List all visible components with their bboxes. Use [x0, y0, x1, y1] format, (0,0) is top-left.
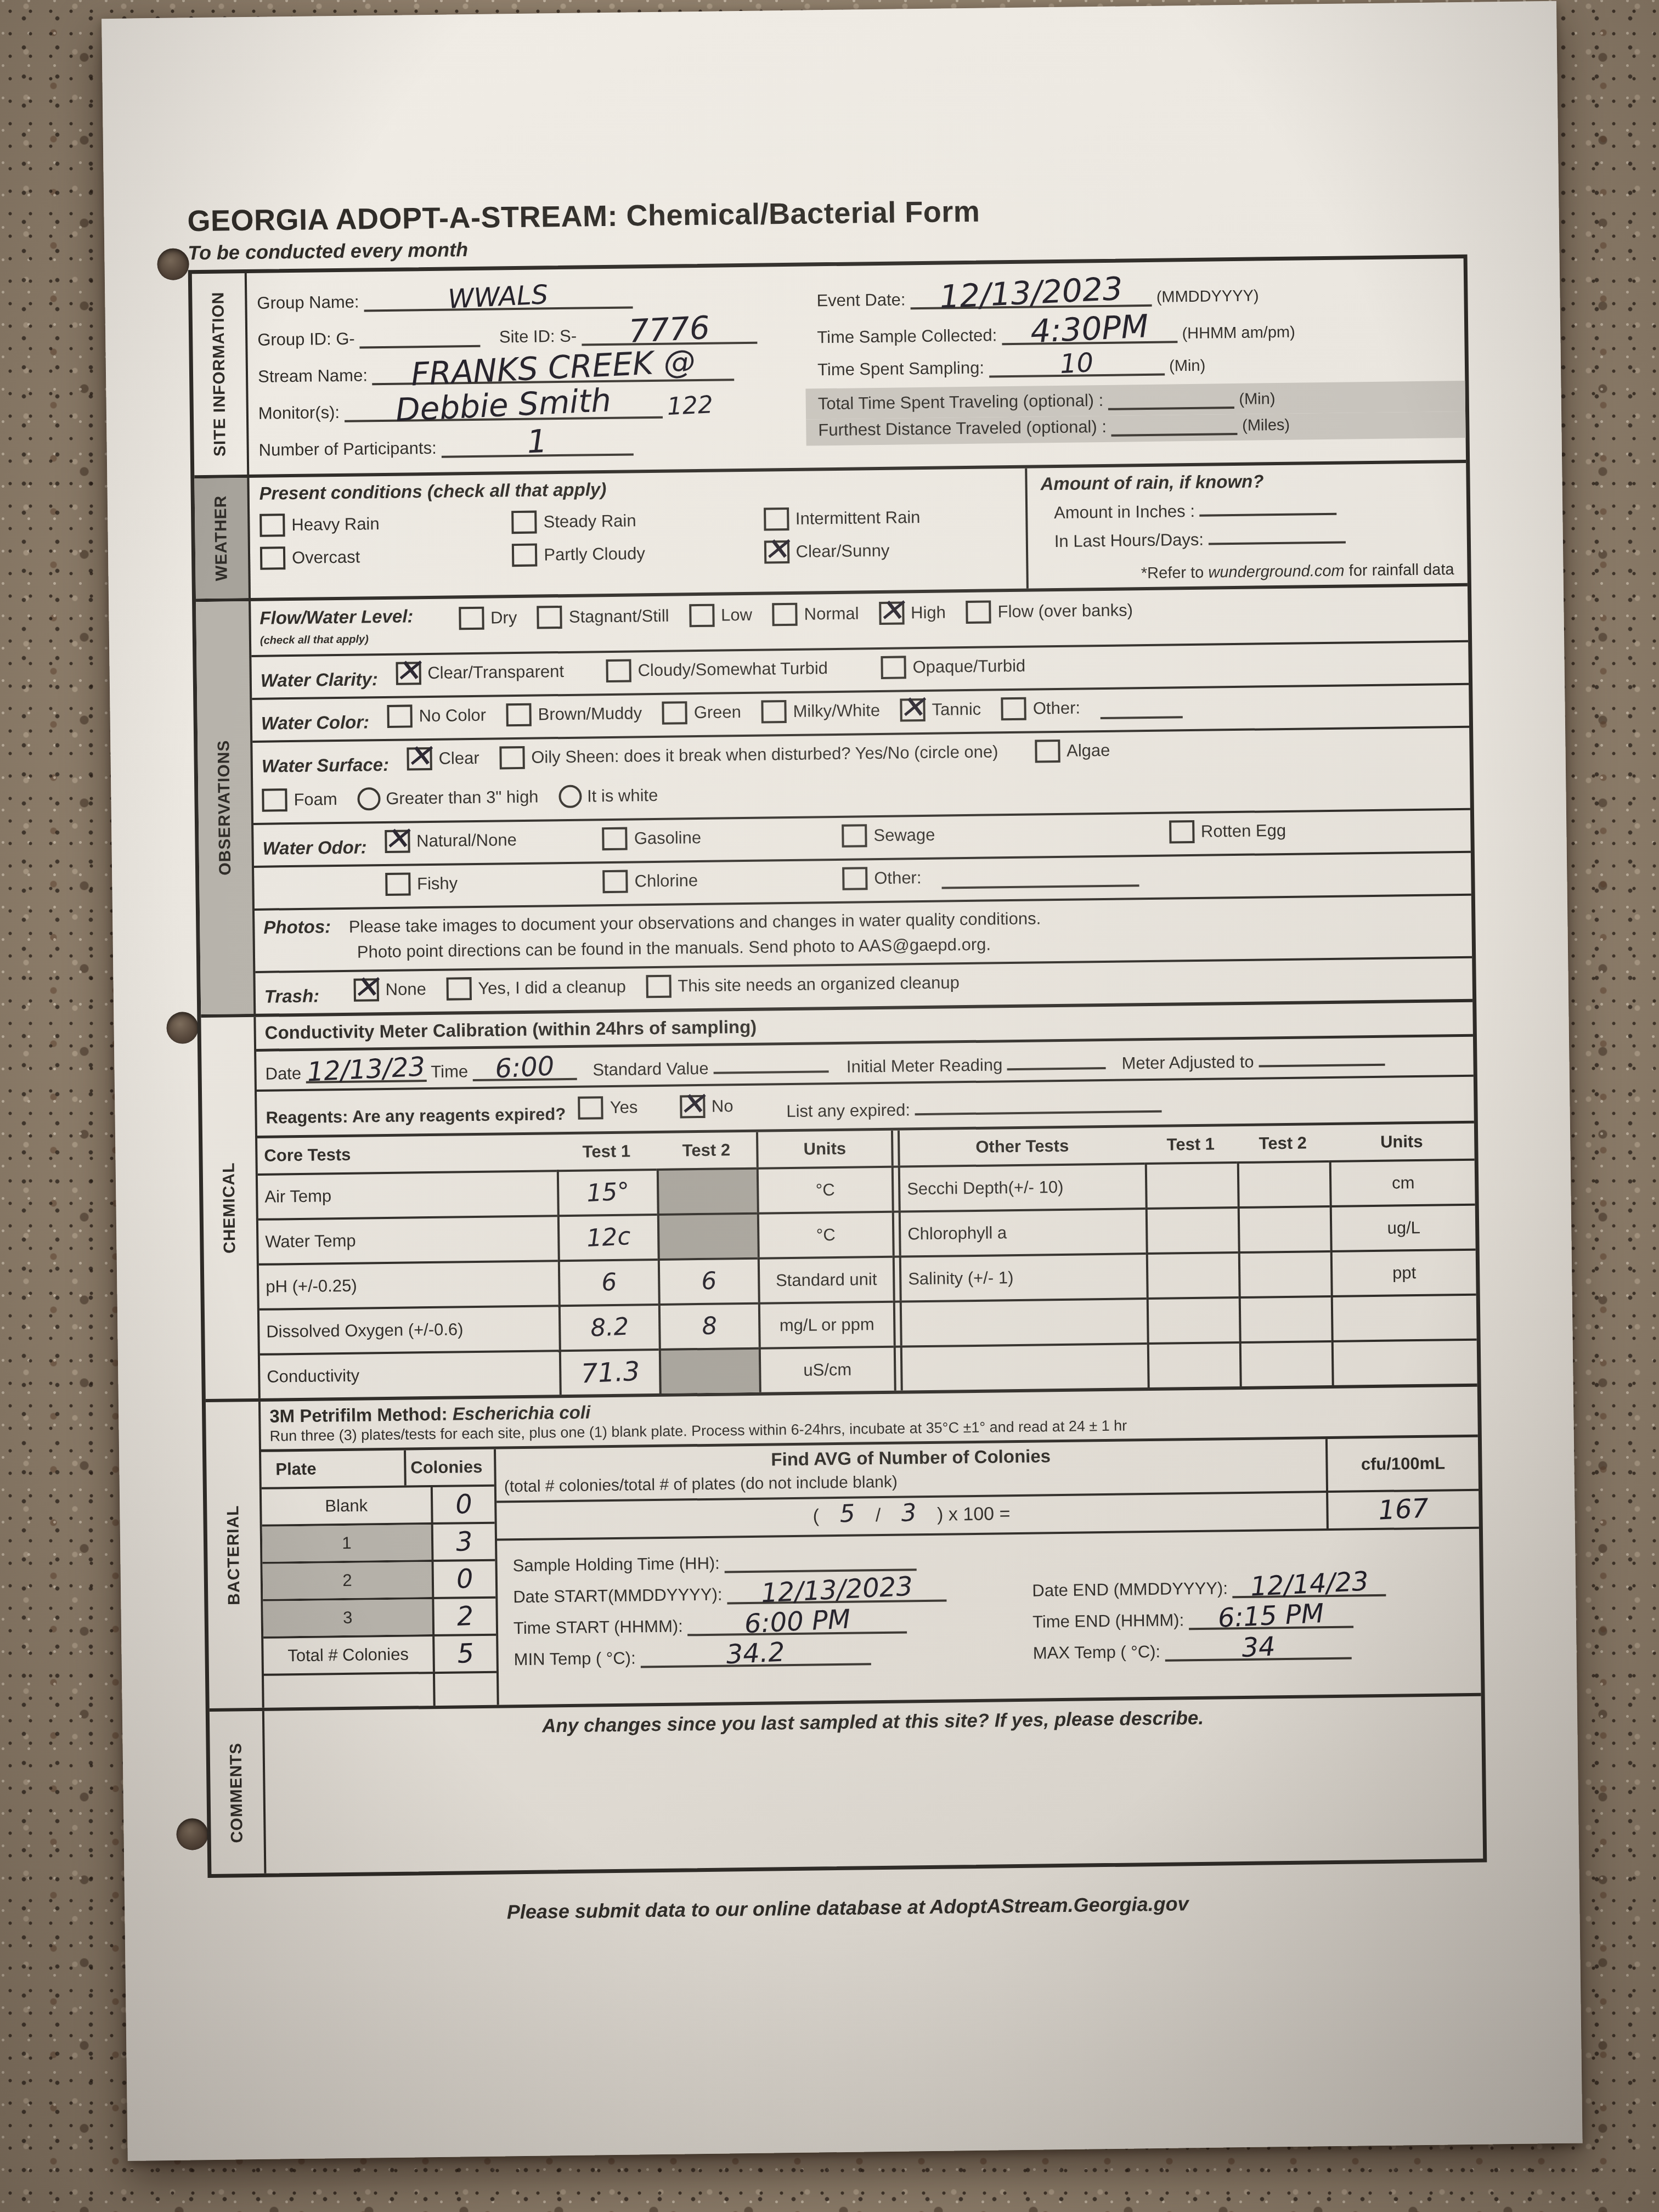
core-test2-header: Test 2: [656, 1132, 757, 1169]
distance-label: Furthest Distance Traveled (optional) :: [818, 417, 1107, 439]
row-other-blank-1: [902, 1297, 1147, 1345]
date-start-label: Date START(MMDDYYYY):: [513, 1585, 723, 1607]
section-site-information: SITE INFORMATION Group Name: WWALS Group…: [192, 258, 1466, 475]
max-temp-value: 34: [1241, 1636, 1276, 1658]
time-sampling-label: Time Spent Sampling:: [817, 358, 984, 380]
checkbox-box: [764, 507, 789, 531]
water-color-row: Water Color: No Color Brown/Muddy Green …: [252, 683, 1469, 741]
row-ph: pH (+/-0.25): [259, 1260, 558, 1308]
section-observations: OBSERVATIONS Flow/Water Level: (check al…: [196, 583, 1472, 1014]
checkbox-dry: Dry: [459, 606, 517, 630]
water-temp-units: °C: [757, 1211, 893, 1257]
checkbox-trash-organized-cleanup: This site needs an organized cleanup: [646, 971, 960, 998]
checkbox-fishy: Fishy: [385, 871, 583, 896]
blank-colonies-value: 0: [431, 1487, 495, 1522]
secchi-test2: [1237, 1160, 1330, 1206]
stream-name-value: FRANKS CREEK @: [410, 348, 696, 387]
checkbox-box: [602, 870, 628, 894]
group-id-field: [359, 330, 480, 349]
checkbox-box: [353, 978, 379, 1002]
event-date-row: Event Date: 12/13/2023 (MMDDYYYY): [816, 275, 1453, 311]
flow-water-level-row: Flow/Water Level: (check all that apply)…: [251, 586, 1468, 655]
conductivity-units: uS/cm: [759, 1346, 894, 1392]
stream-name-label: Stream Name:: [258, 365, 368, 386]
avg-title: Find AVG of Number of Colonies: [504, 1442, 1318, 1473]
radio-foam-high: Greater than 3" high: [357, 786, 539, 811]
date-end-label: Date END (MMDDYYYY):: [1032, 1578, 1228, 1600]
monitors-extra-value: 122: [667, 395, 714, 416]
checkbox-green: Green: [662, 701, 742, 725]
rain-title: Amount of rain, if known?: [1040, 469, 1453, 494]
checkbox-sewage: Sewage: [842, 821, 1149, 848]
row-dissolved-oxygen: Dissolved Oxygen (+/-0.6): [259, 1305, 559, 1353]
event-date-label: Event Date:: [816, 290, 905, 310]
travel-time-field: [1108, 391, 1234, 410]
checkbox-box: [396, 662, 421, 685]
section-bacterial: BACTERIAL 3M Petrifilm Method: Escherich…: [206, 1384, 1481, 1708]
sidebar-label: SITE INFORMATION: [209, 292, 230, 457]
list-expired-label: List any expired:: [786, 1100, 910, 1121]
site-id-value: 7776: [628, 315, 710, 344]
time-sampling-field: 10: [989, 352, 1165, 378]
plate-row-blank: Blank 0: [262, 1487, 495, 1527]
plate-header: Plate: [261, 1451, 404, 1487]
hole-punch-middle: [166, 1012, 199, 1044]
radio-circle: [558, 785, 582, 809]
conductivity-test2: [659, 1347, 759, 1393]
participants-field: 1: [441, 427, 634, 458]
form-table: SITE INFORMATION Group Name: WWALS Group…: [188, 255, 1487, 1878]
last-hours-label: In Last Hours/Days:: [1054, 530, 1204, 551]
checkbox-box: [772, 603, 798, 627]
avg-numerator: 5: [839, 1504, 856, 1523]
checkbox-high: High: [879, 601, 946, 625]
reagents-label: Reagents: Are any reagents expired?: [266, 1104, 566, 1127]
checkbox-box: [1001, 697, 1027, 721]
checkbox-box: [537, 606, 563, 629]
checkbox-opaque-turbid: Opaque/Turbid: [881, 654, 1025, 679]
cal-date-field: 12/13/23: [306, 1058, 426, 1084]
checkbox-algae: Algae: [1035, 739, 1110, 763]
checkbox-heavy-rain: Heavy Rain: [259, 511, 512, 537]
checkbox-gasoline: Gasoline: [602, 825, 822, 850]
trash-row: Trash: None Yes, I did a cleanup This si…: [255, 956, 1472, 1014]
row-water-temp: Water Temp: [258, 1215, 558, 1263]
last-hours-field: [1209, 541, 1346, 545]
section-weather: WEATHER Present conditions (check all th…: [194, 460, 1468, 599]
salinity-units: ppt: [1330, 1249, 1476, 1295]
sidebar-label: COMMENTS: [227, 1742, 247, 1843]
avg-subtitle: (total # colonies/total # of plates (do …: [504, 1468, 1318, 1496]
cfu-result-cell: 167: [1328, 1489, 1479, 1528]
row-secchi-depth: Secchi Depth(+/- 10): [900, 1163, 1145, 1210]
paper-form-sheet: GEORGIA ADOPT-A-STREAM: Chemical/Bacteri…: [101, 1, 1583, 2161]
date-end-field: 12/14/23: [1232, 1573, 1386, 1598]
secchi-units: cm: [1329, 1159, 1475, 1205]
form-title: GEORGIA ADOPT-A-STREAM: Chemical/Bacteri…: [187, 189, 1467, 238]
max-temp-row: MAX Temp ( °C): 34: [1032, 1634, 1472, 1663]
checkbox-oily-sheen: Oily Sheen: does it break when disturbed…: [499, 740, 998, 769]
max-temp-field: 34: [1165, 1636, 1351, 1662]
time-collected-row: Time Sample Collected: 4:30PM (HHMM am/p…: [817, 312, 1453, 347]
checkbox-trash-cleanup: Yes, I did a cleanup: [446, 975, 626, 1001]
stream-name-field: FRANKS CREEK @: [372, 353, 735, 385]
chlorophyll-units: ug/L: [1330, 1204, 1476, 1250]
do-test1: 8.2: [558, 1304, 659, 1350]
section-chemical: CHEMICAL Conductivity Meter Calibration …: [201, 999, 1477, 1399]
standard-value-label: Standard Value: [592, 1059, 709, 1080]
rain-amount-panel: Amount of rain, if known? Amount in Inch…: [1025, 463, 1468, 589]
air-temp-test1: 15°: [557, 1169, 657, 1215]
ph-test1: 6: [558, 1259, 658, 1305]
checkbox-box: [506, 703, 532, 727]
plate1-colonies-value: 3: [431, 1524, 495, 1560]
checkbox-box: [761, 700, 787, 724]
checkbox-box: [262, 788, 287, 812]
checkbox-box: [385, 830, 410, 853]
water-clarity-label: Water Clarity:: [261, 669, 378, 691]
standard-value-field: [713, 1070, 828, 1074]
form-subtitle: To be conducted every month: [188, 226, 1467, 264]
species-name: Escherichia coli: [453, 1402, 591, 1424]
checkbox-box: [881, 656, 906, 679]
distance-field: [1111, 417, 1237, 437]
plate-row-2: 2 0: [263, 1561, 496, 1601]
holding-time-label: Sample Holding Time (HH):: [512, 1554, 720, 1576]
other-tests-header: Other Tests: [900, 1127, 1145, 1165]
colonies-header: Colonies: [404, 1449, 494, 1486]
distance-hint: (Miles): [1242, 416, 1290, 435]
travel-time-row: Total Time Spent Traveling (optional) : …: [806, 381, 1466, 420]
sidebar-chemical: CHEMICAL: [201, 1017, 260, 1399]
time-sampling-row: Time Spent Sampling: 10 (Min): [817, 348, 1454, 380]
weather-checkbox-row-1: Heavy Rain Steady Rain Intermittent Rain: [259, 505, 1015, 537]
plate-table-header: Plate Colonies: [261, 1449, 494, 1489]
checkbox-surface-clear: Clear: [407, 747, 479, 771]
checkbox-color-other: Other:: [1001, 697, 1081, 721]
checkbox-box: [260, 546, 286, 570]
photos-row: Photos: Please take images to document y…: [255, 894, 1472, 971]
group-name-value: WWALS: [448, 284, 549, 310]
photos-label: Photos:: [263, 916, 331, 937]
plate-table: Plate Colonies Blank 0 1 3: [261, 1449, 499, 1708]
checkbox-steady-rain: Steady Rain: [511, 508, 764, 534]
date-end-value: 12/14/23: [1250, 1571, 1369, 1598]
monitors-row: Monitor(s): Debbie Smith 122: [258, 389, 806, 424]
checkbox-odor-other: Other:: [842, 866, 922, 890]
present-conditions-title: Present conditions (check all that apply…: [259, 474, 1015, 504]
air-temp-test2: [657, 1167, 757, 1214]
site-id-label: Site ID: S-: [499, 326, 577, 347]
submit-footer: Please submit data to our online databas…: [208, 1889, 1487, 1927]
participants-value: 1: [527, 428, 548, 455]
meter-adjusted-field: [1259, 1064, 1385, 1068]
water-surface-label: Water Surface:: [262, 754, 390, 776]
comments-area: Any changes since you last sampled at th…: [264, 1696, 1483, 1874]
min-temp-label: MIN Temp ( °C):: [513, 1649, 635, 1669]
amount-inches-label: Amount in Inches :: [1054, 501, 1195, 522]
min-temp-value: 34.2: [726, 1641, 786, 1665]
salinity-test1: [1146, 1251, 1239, 1297]
time-end-field: 6:15 PM: [1188, 1605, 1353, 1630]
water-clarity-row: Water Clarity: Clear/Transparent Cloudy/…: [251, 640, 1469, 698]
avg-formula: ( 5 / 3 ) x 100 =: [496, 1491, 1329, 1539]
row-other-blank-2: [902, 1342, 1148, 1390]
checkbox-box: [407, 747, 432, 771]
initial-reading-label: Initial Meter Reading: [847, 1055, 1003, 1076]
radio-circle: [357, 787, 381, 811]
color-other-field: [1101, 716, 1183, 719]
salinity-test2: [1238, 1250, 1331, 1296]
checkbox-tannic: Tannic: [900, 698, 981, 722]
group-name-row: Group Name: WWALS: [257, 283, 805, 313]
min-temp-row: MIN Temp ( °C): 34.2: [513, 1640, 1033, 1670]
core-tests-header: Core Tests: [257, 1135, 557, 1173]
sidebar-weather: WEATHER: [194, 478, 251, 599]
flow-note: (check all that apply): [260, 633, 369, 646]
ph-units: Standard unit: [758, 1256, 893, 1302]
checkbox-box: [606, 659, 631, 682]
cfu-result-value: 167: [1378, 1498, 1429, 1522]
participants-label: Number of Participants:: [259, 438, 437, 460]
checkbox-box: [1035, 740, 1060, 763]
ids-row: Group ID: G- Site ID: S- 7776: [257, 315, 805, 350]
monitors-label: Monitor(s):: [258, 403, 340, 423]
site-info-right-column: Event Date: 12/13/2023 (MMDDYYYY) Time S…: [804, 258, 1466, 468]
plate-row-1: 1 3: [262, 1524, 495, 1564]
time-start-value: 6:00 PM: [744, 1609, 851, 1634]
row-salinity: Salinity (+/- 1): [901, 1252, 1147, 1300]
site-id-field: 7776: [581, 316, 757, 346]
holding-time-field: [724, 1553, 916, 1573]
wunderground-link-text: wunderground.com: [1208, 562, 1345, 582]
avg-denominator: 3: [901, 1503, 917, 1523]
radio-foam-white: It is white: [558, 784, 658, 808]
monitors-value: Debbie Smith: [395, 387, 612, 423]
list-expired-field: [915, 1110, 1162, 1115]
water-temp-test2: [657, 1212, 758, 1259]
ph-test2: 6: [658, 1257, 758, 1304]
water-surface-row: Water Surface: Clear Oily Sheen: does it…: [252, 726, 1470, 823]
checkbox-box: [446, 977, 472, 1001]
section-comments: COMMENTS Any changes since you last samp…: [210, 1693, 1483, 1874]
checkbox-rotten-egg: Rotten Egg: [1169, 819, 1286, 844]
table-divider: [891, 1131, 900, 1166]
plate-row-total: Total # Colonies 5: [263, 1636, 496, 1676]
do-units: mg/L or ppm: [758, 1301, 894, 1347]
checkbox-box: [1169, 820, 1195, 844]
time-end-value: 6:15 PM: [1217, 1603, 1324, 1629]
stream-name-row: Stream Name: FRANKS CREEK @: [258, 352, 806, 387]
odor-other-field: [941, 884, 1139, 889]
checkbox-box: [842, 867, 868, 890]
chlorophyll-test2: [1238, 1205, 1330, 1251]
photos-line2: Photo point directions can be found in t…: [357, 929, 1463, 962]
air-temp-units: °C: [757, 1166, 892, 1212]
checkbox-box: [662, 701, 688, 725]
checkbox-normal: Normal: [772, 602, 859, 627]
plate-row-3: 3 2: [263, 1599, 496, 1639]
date-end-row: Date END (MMDDYYYY): 12/14/23: [1032, 1572, 1472, 1601]
checkbox-box: [602, 827, 628, 851]
reagents-row: Reagents: Are any reagents expired? Yes …: [257, 1077, 1474, 1138]
other-test1-header: Test 1: [1144, 1126, 1237, 1163]
sidebar-comments: COMMENTS: [210, 1711, 267, 1874]
row-air-temp: Air Temp: [258, 1170, 557, 1218]
monitors-field: Debbie Smith: [344, 391, 663, 422]
event-date-value: 12/13/2023: [939, 276, 1123, 310]
chlorophyll-test1: [1145, 1206, 1238, 1252]
amount-inches-row: Amount in Inches :: [1054, 498, 1453, 523]
checkbox-box: [879, 602, 905, 625]
calibration-row: Date 12/13/23 Time 6:00 Standard Value I…: [256, 1037, 1474, 1092]
sidebar-bacterial: BACTERIAL: [206, 1402, 264, 1708]
checkbox-box: [512, 544, 538, 567]
checkbox-reagents-no: No: [680, 1094, 733, 1118]
checkbox-box: [459, 607, 484, 630]
checkbox-box: [578, 1096, 604, 1120]
other-units-header: Units: [1329, 1124, 1475, 1160]
present-conditions: Present conditions (check all that apply…: [249, 469, 1026, 598]
max-temp-label: MAX Temp ( °C):: [1033, 1642, 1161, 1663]
time-start-row: Time START (HHMM): 6:00 PM: [513, 1609, 1033, 1639]
comments-prompt: Any changes since you last sampled at th…: [275, 1704, 1470, 1741]
last-hours-row: In Last Hours/Days:: [1054, 527, 1454, 551]
time-sampling-value: 10: [1059, 352, 1094, 375]
travel-time-hint: (Min): [1239, 390, 1275, 408]
group-name-field: WWALS: [364, 285, 633, 312]
weather-checkbox-row-2: Overcast Partly Cloudy Clear/Sunny: [260, 538, 1016, 570]
checkbox-no-color: No Color: [387, 704, 486, 728]
checkbox-box: [646, 975, 672, 998]
checkbox-box: [511, 511, 537, 534]
time-collected-label: Time Sample Collected:: [817, 325, 997, 347]
checkbox-box: [387, 704, 413, 728]
adopt-a-stream-form: GEORGIA ADOPT-A-STREAM: Chemical/Bacteri…: [187, 189, 1487, 1927]
distance-row: Furthest Distance Traveled (optional) : …: [806, 411, 1465, 446]
petrifilm-method-title: 3M Petrifilm Method: Escherichia coli: [261, 1387, 1477, 1427]
sidebar-label: CHEMICAL: [220, 1163, 240, 1254]
cfu-header: cfu/100mL: [1328, 1437, 1479, 1491]
checkbox-overcast: Overcast: [260, 544, 512, 570]
checkbox-low: Low: [689, 603, 752, 627]
row-conductivity: Conductivity: [260, 1350, 560, 1398]
rainfall-data-note: *Refer to wunderground.com for rainfall …: [1041, 561, 1454, 584]
checkbox-box: [900, 698, 926, 722]
water-color-label: Water Color:: [261, 712, 370, 733]
cal-time-value: 6:00: [495, 1056, 555, 1079]
secchi-test1: [1145, 1161, 1238, 1207]
water-odor-row-1: Water Odor: Natural/None Gasoline Sewage…: [253, 808, 1471, 866]
trash-label: Trash:: [264, 985, 320, 1006]
checkbox-clear-transparent: Clear/Transparent: [396, 660, 564, 685]
travel-time-label: Total Time Spent Traveling (optional) :: [818, 391, 1104, 413]
cal-time-field: 6:00: [472, 1057, 577, 1081]
total-colonies-value: 5: [432, 1636, 496, 1672]
water-odor-label: Water Odor:: [262, 837, 367, 858]
tests-table: Core Tests Test 1 Test 2 Units Other Tes…: [257, 1124, 1477, 1398]
participants-row: Number of Participants: 1: [258, 426, 806, 460]
checkbox-box: [499, 746, 525, 770]
checkbox-box: [385, 872, 411, 896]
calibration-title: Conductivity Meter Calibration (within 2…: [256, 1002, 1473, 1052]
checkbox-brown-muddy: Brown/Muddy: [506, 702, 642, 726]
checkbox-box: [842, 824, 867, 848]
sidebar-label: WEATHER: [212, 495, 232, 582]
avg-colonies-box: Find AVG of Number of Colonies (total # …: [496, 1437, 1479, 1541]
checkbox-box: [966, 601, 991, 624]
time-start-field: 6:00 PM: [687, 1610, 907, 1636]
time-collected-hint: (HHMM am/pm): [1182, 324, 1295, 343]
checkbox-clear-sunny: Clear/Sunny: [764, 538, 1016, 564]
plate3-colonies-value: 2: [432, 1599, 496, 1634]
initial-reading-field: [1007, 1067, 1106, 1070]
do-test2: 8: [658, 1302, 759, 1348]
time-collected-field: 4:30PM: [1002, 315, 1178, 345]
checkbox-box: [689, 604, 715, 628]
petrifilm-instructions: Run three (3) plates/tests for each site…: [261, 1412, 1477, 1452]
core-units-header: Units: [756, 1131, 891, 1167]
meter-adjusted-label: Meter Adjusted to: [1121, 1052, 1254, 1073]
checkbox-chlorine: Chlorine: [602, 867, 822, 893]
checkbox-trash-none: None: [353, 978, 426, 1002]
sidebar-site-information: SITE INFORMATION: [192, 273, 249, 475]
cal-date-value: 12/13/23: [307, 1056, 426, 1083]
group-name-label: Group Name:: [257, 292, 359, 313]
photos-line1: Please take images to document your obse…: [349, 909, 1041, 936]
other-test2-header: Test 2: [1237, 1125, 1329, 1161]
core-test1-header: Test 1: [556, 1133, 657, 1170]
group-id-label: Group ID: G-: [257, 329, 355, 349]
conductivity-test1: 71.3: [559, 1348, 659, 1395]
cal-date-label: Date: [265, 1064, 301, 1084]
checkbox-stagnant-still: Stagnant/Still: [537, 605, 669, 629]
cal-time-label: Time: [431, 1062, 468, 1081]
checkbox-foam: Foam: [262, 788, 337, 812]
event-date-hint: (MMDDYYYY): [1156, 287, 1259, 306]
date-start-value: 12/13/2023: [760, 1576, 913, 1604]
sidebar-label: BACTERIAL: [224, 1505, 244, 1605]
water-temp-test1: 12c: [557, 1214, 658, 1260]
plate2-colonies-value: 0: [432, 1561, 496, 1597]
checkbox-box: [259, 513, 285, 537]
site-info-left-column: Group Name: WWALS Group ID: G- Site ID: …: [247, 267, 807, 475]
checkbox-reagents-yes: Yes: [578, 1096, 638, 1119]
time-end-label: Time END (HHMM):: [1032, 1610, 1184, 1631]
checkbox-partly-cloudy: Partly Cloudy: [512, 541, 764, 567]
time-start-label: Time START (HHMM):: [513, 1616, 683, 1638]
checkbox-cloudy-turbid: Cloudy/Somewhat Turbid: [606, 657, 828, 682]
sidebar-observations: OBSERVATIONS: [196, 601, 256, 1014]
checkbox-box: [764, 540, 789, 564]
checkbox-milky-white: Milky/White: [761, 699, 880, 724]
checkbox-flow-over-banks: Flow (over banks): [966, 599, 1133, 624]
checkbox-intermittent-rain: Intermittent Rain: [764, 505, 1016, 531]
plate-row-empty: [264, 1673, 497, 1708]
water-odor-row-2: Water Odor: Fishy Chlorine Other:: [254, 851, 1471, 909]
hole-punch-bottom: [176, 1818, 208, 1850]
holding-time-row: Sample Holding Time (HH):: [512, 1550, 1032, 1576]
time-collected-value: 4:30PM: [1030, 313, 1149, 344]
hole-punch-top: [157, 248, 189, 280]
checkbox-natural-none: Natural/None: [385, 828, 582, 853]
date-start-field: 12/13/2023: [727, 1578, 946, 1605]
incubation-details: Sample Holding Time (HH): Date START(MMD…: [497, 1529, 1481, 1683]
time-sampling-hint: (Min): [1169, 357, 1205, 375]
min-temp-field: 34.2: [640, 1641, 871, 1668]
event-date-field: 12/13/2023: [910, 279, 1152, 309]
time-end-row: Time END (HHMM): 6:15 PM: [1032, 1603, 1472, 1632]
